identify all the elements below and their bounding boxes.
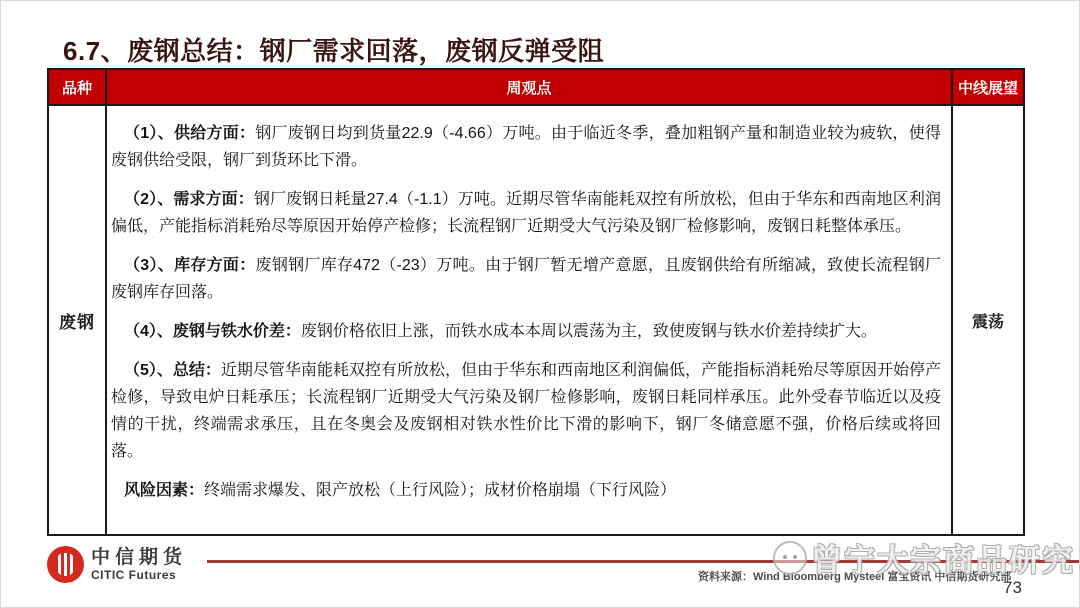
logo-text-block: 中信期货 CITIC Futures	[91, 548, 187, 582]
citic-futures-logo: 中信期货 CITIC Futures	[47, 546, 187, 583]
header-midterm-outlook: 中线展望	[953, 70, 1023, 106]
summary-table: 品种 周观点 中线展望 废钢 （1）、供给方面：钢厂废钢日均到货量22.9（-4…	[47, 68, 1025, 536]
table-header-row: 品种 周观点 中线展望	[49, 70, 1023, 106]
watermark: 曾宁大宗商品研究	[773, 535, 1075, 580]
header-weekly-view: 周观点	[107, 70, 953, 106]
logo-name-en: CITIC Futures	[91, 568, 187, 582]
paragraph-text: 终端需求爆发、限产放松（上行风险）；成材价格崩塌（下行风险）	[204, 482, 676, 499]
watermark-avatar-icon	[773, 541, 807, 575]
paragraph-risk-factors: 风险因素：终端需求爆发、限产放松（上行风险）；成材价格崩塌（下行风险）	[111, 477, 941, 504]
logo-name-cn: 中信期货	[91, 548, 187, 568]
header-variety: 品种	[49, 70, 107, 106]
cell-midterm-outlook: 震荡	[953, 106, 1023, 534]
paragraph-lead: （2）、需求方面：	[124, 191, 254, 208]
paragraph-lead: （5）、总结：	[124, 362, 221, 379]
paragraph-lead: （3）、库存方面：	[124, 257, 256, 274]
table-row: 废钢 （1）、供给方面：钢厂废钢日均到货量22.9（-4.66）万吨。由于临近冬…	[49, 106, 1023, 534]
watermark-text: 曾宁大宗商品研究	[811, 535, 1075, 580]
paragraph-conclusion: （5）、总结：近期尽管华南能耗双控有所放松，但由于华东和西南地区利润偏低，产能指…	[111, 357, 941, 465]
page-number: 73	[1003, 578, 1022, 598]
cell-weekly-view: （1）、供给方面：钢厂废钢日均到货量22.9（-4.66）万吨。由于临近冬季，叠…	[107, 106, 953, 534]
paragraph-lead: 风险因素：	[124, 482, 204, 499]
paragraph-supply: （1）、供给方面：钢厂废钢日均到货量22.9（-4.66）万吨。由于临近冬季，叠…	[111, 120, 941, 174]
page-title: 6.7、废钢总结：钢厂需求回落，废钢反弹受阻	[63, 31, 604, 68]
citic-logo-icon	[47, 546, 84, 583]
slide: 6.7、废钢总结：钢厂需求回落，废钢反弹受阻 品种 周观点 中线展望 废钢 （1…	[0, 0, 1080, 608]
paragraph-inventory: （3）、库存方面：废钢钢厂库存472（-23）万吨。由于钢厂暂无增产意愿，且废钢…	[111, 252, 941, 306]
paragraph-demand: （2）、需求方面：钢厂废钢日耗量27.4（-1.1）万吨。近期尽管华南能耗双控有…	[111, 186, 941, 240]
paragraph-lead: （4）、废钢与铁水价差：	[124, 323, 301, 340]
paragraph-text: 废钢价格依旧上涨，而铁水成本本周以震荡为主，致使废钢与铁水价差持续扩大。	[301, 323, 877, 340]
paragraph-text: 近期尽管华南能耗双控有所放松，但由于华东和西南地区利润偏低，产能指标消耗殆尽等原…	[111, 362, 941, 460]
cell-variety: 废钢	[49, 106, 107, 534]
paragraph-price-spread: （4）、废钢与铁水价差：废钢价格依旧上涨，而铁水成本本周以震荡为主，致使废钢与铁…	[111, 318, 941, 345]
paragraph-lead: （1）、供给方面：	[124, 125, 255, 142]
